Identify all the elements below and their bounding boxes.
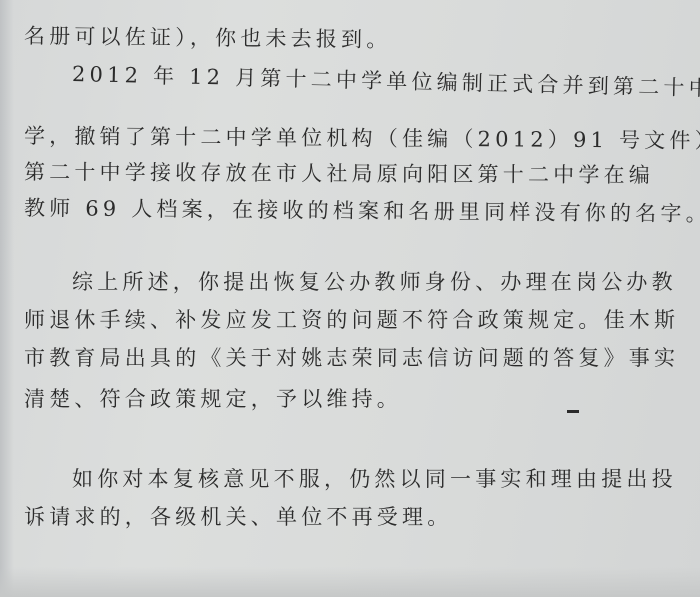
text-line-2: 2012 年 12 月第十二中学单位编制正式合并到第二十中 xyxy=(72,60,700,103)
text-line-7: 师退休手续、补发应发工资的问题不符合政策规定。佳木斯 xyxy=(24,306,679,334)
text-line-5: 教师 69 人档案，在接收的档案和名册里同样没有你的名字。 xyxy=(24,194,700,228)
text-line-6: 综上所述，你提出恢复公办教师身份、办理在岗公办教 xyxy=(72,268,677,296)
text-line-1: 名册可以佐证），你也未去报到。 xyxy=(24,22,392,54)
text-line-3: 学，撤销了第十二中学单位机构（佳编（2012）91 号文件）。 xyxy=(24,122,700,155)
text-line-8: 市教育局出具的《关于对姚志荣同志信访问题的答复》事实 xyxy=(24,344,679,372)
text-line-11: 诉请求的，各级机关、单位不再受理。 xyxy=(24,503,452,531)
document-page: 名册可以佐证），你也未去报到。 2012 年 12 月第十二中学单位编制正式合并… xyxy=(0,0,700,597)
text-line-10: 如你对本复核意见不服，仍然以同一事实和理由提出投 xyxy=(72,465,677,493)
text-line-9: 清楚、符合政策规定，予以维持。 xyxy=(24,385,402,413)
stray-ink-mark xyxy=(567,410,579,413)
text-line-4: 第二十中学接收存放在市人社局原向阳区第十二中学在编 xyxy=(24,158,654,189)
